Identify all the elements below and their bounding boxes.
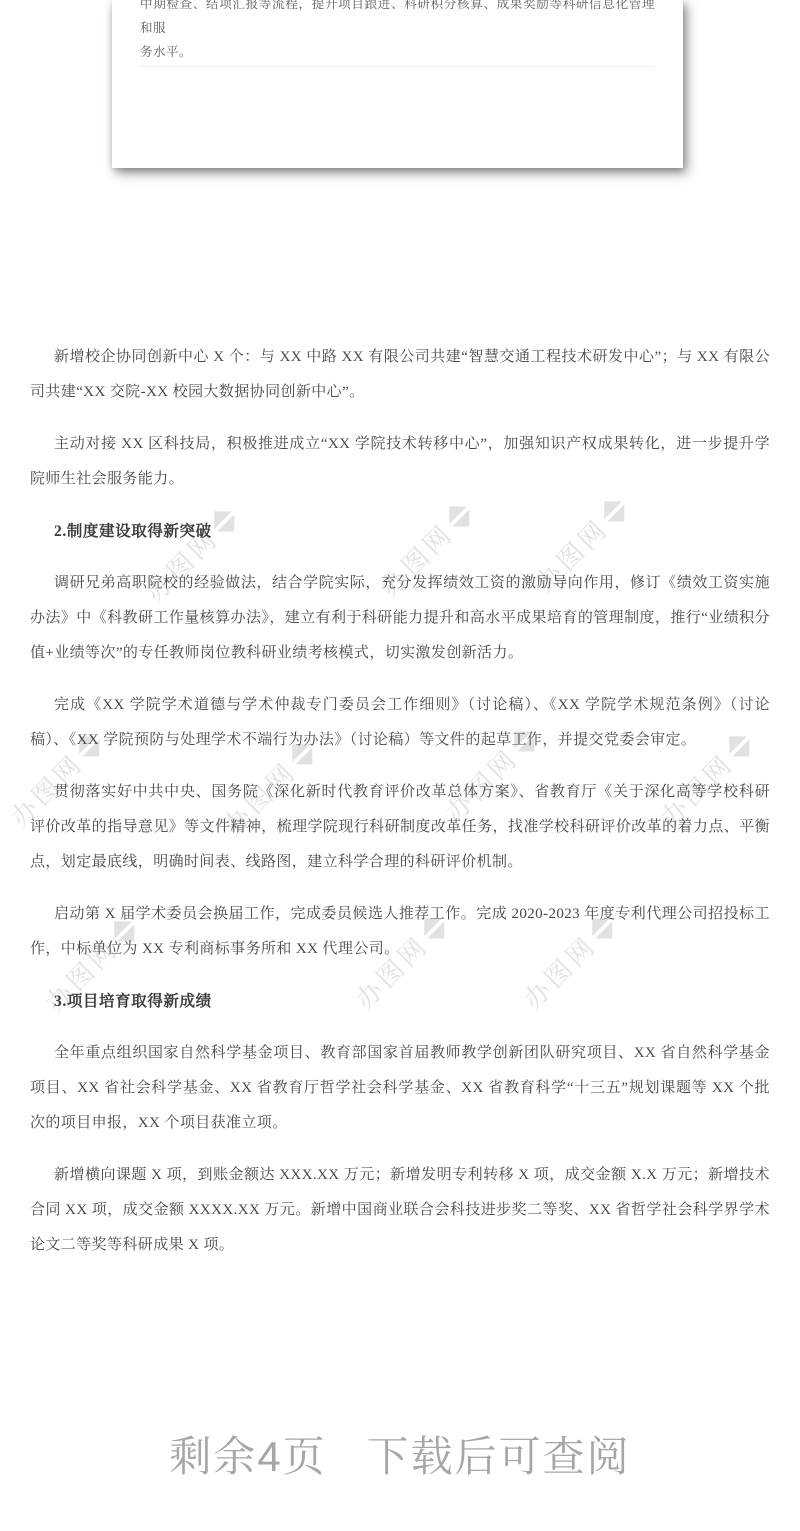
paragraph: 新增横向课题 X 项，到账金额达 XXX.XX 万元；新增发明专利转移 X 项，… xyxy=(30,1158,770,1263)
paragraph: 主动对接 XX 区科技局，积极推进成立“XX 学院技术转移中心”，加强知识产权成… xyxy=(30,427,770,497)
page-root: 办图网办图网办图网办图网办图网办图网办图网办图网办图网办图网 中期检查、结项汇报… xyxy=(0,0,800,1531)
section-heading: 3.项目培育取得新成绩 xyxy=(30,984,770,1019)
download-hint-label: 下载后可查阅 xyxy=(367,1424,631,1484)
page-trailing-text: 中期检查、结项汇报等流程，提升项目跟进、科研积分核算、成果奖励等科研信息化管理和… xyxy=(140,0,655,64)
remaining-pages-hint: 剩余4页 下载后可查阅 xyxy=(0,1424,800,1484)
page-trailing-line: 中期检查、结项汇报等流程，提升项目跟进、科研积分核算、成果奖励等科研信息化管理和… xyxy=(140,0,655,40)
page-trailing-line: 务水平。 xyxy=(140,40,655,64)
document-body: 新增校企协同创新中心 X 个：与 XX 中路 XX 有限公司共建“智慧交通工程技… xyxy=(30,340,770,1280)
paragraph: 启动第 X 届学术委员会换届工作，完成委员候选人推荐工作。完成 2020-202… xyxy=(30,897,770,967)
remaining-pages-label: 剩余4页 xyxy=(169,1424,326,1484)
paragraph: 新增校企协同创新中心 X 个：与 XX 中路 XX 有限公司共建“智慧交通工程技… xyxy=(30,340,770,410)
paragraph: 全年重点组织国家自然科学基金项目、教育部国家首届教师教学创新团队研究项目、XX … xyxy=(30,1036,770,1141)
section-heading: 2.制度建设取得新突破 xyxy=(30,514,770,549)
paragraph: 完成《XX 学院学术道德与学术仲裁专门委员会工作细则》（讨论稿）、《XX 学院学… xyxy=(30,688,770,758)
paragraph: 调研兄弟高职院校的经验做法，结合学院实际，充分发挥绩效工资的激励导向作用，修订《… xyxy=(30,566,770,671)
page-footer-divider xyxy=(140,66,655,67)
document-preview-page: 中期检查、结项汇报等流程，提升项目跟进、科研积分核算、成果奖励等科研信息化管理和… xyxy=(112,0,683,168)
paragraph: 贯彻落实好中共中央、国务院《深化新时代教育评价改革总体方案》、省教育厅《关于深化… xyxy=(30,775,770,880)
